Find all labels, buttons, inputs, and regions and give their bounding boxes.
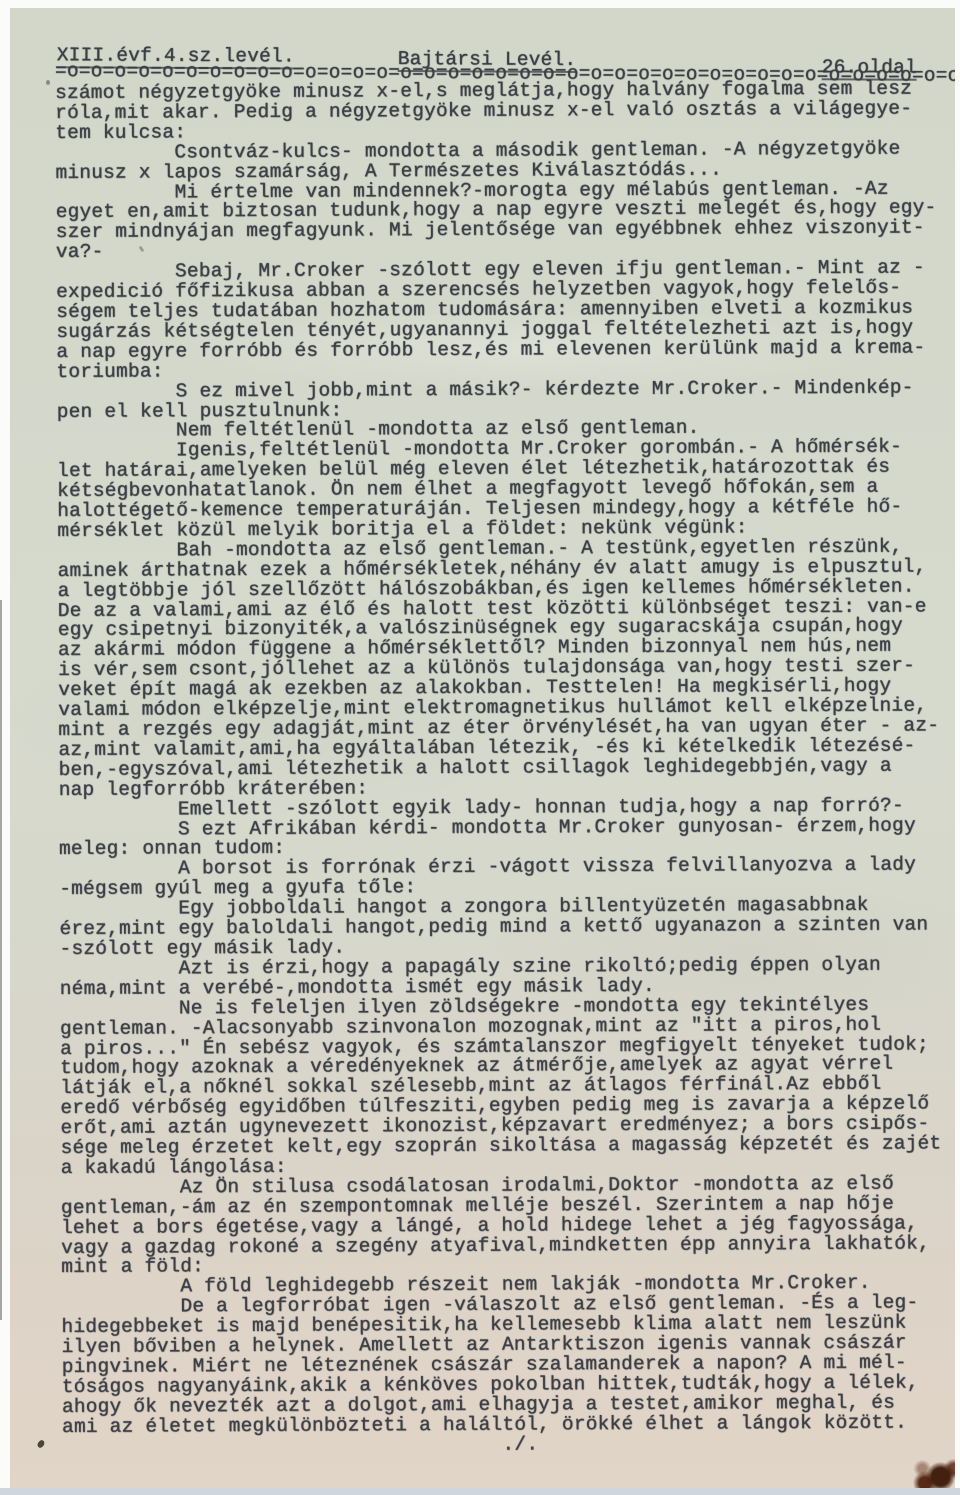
paper-sheet: XIII.évf.4.sz.levél. Bajtársi Levél. 26.… [10, 8, 955, 1488]
letter-body: számot négyzetgyöke minusz x-el,s meglát… [55, 79, 955, 1457]
scan-edge-artifact [0, 600, 2, 1320]
ink-speck [36, 1439, 46, 1449]
text-line: S ez mivel jobb,mint a másik?- kérdezte … [57, 378, 955, 403]
scanner-bottom-strip [0, 1488, 960, 1495]
scanned-letter-page: XIII.évf.4.sz.levél. Bajtársi Levél. 26.… [0, 0, 960, 1495]
text-line: a nap egyre forróbb és forróbb lesz,és m… [56, 338, 955, 363]
page-header: XIII.évf.4.sz.levél. Bajtársi Levél. 26.… [10, 8, 955, 13]
text-line: ./. [62, 1433, 955, 1458]
ink-speck [46, 80, 50, 85]
